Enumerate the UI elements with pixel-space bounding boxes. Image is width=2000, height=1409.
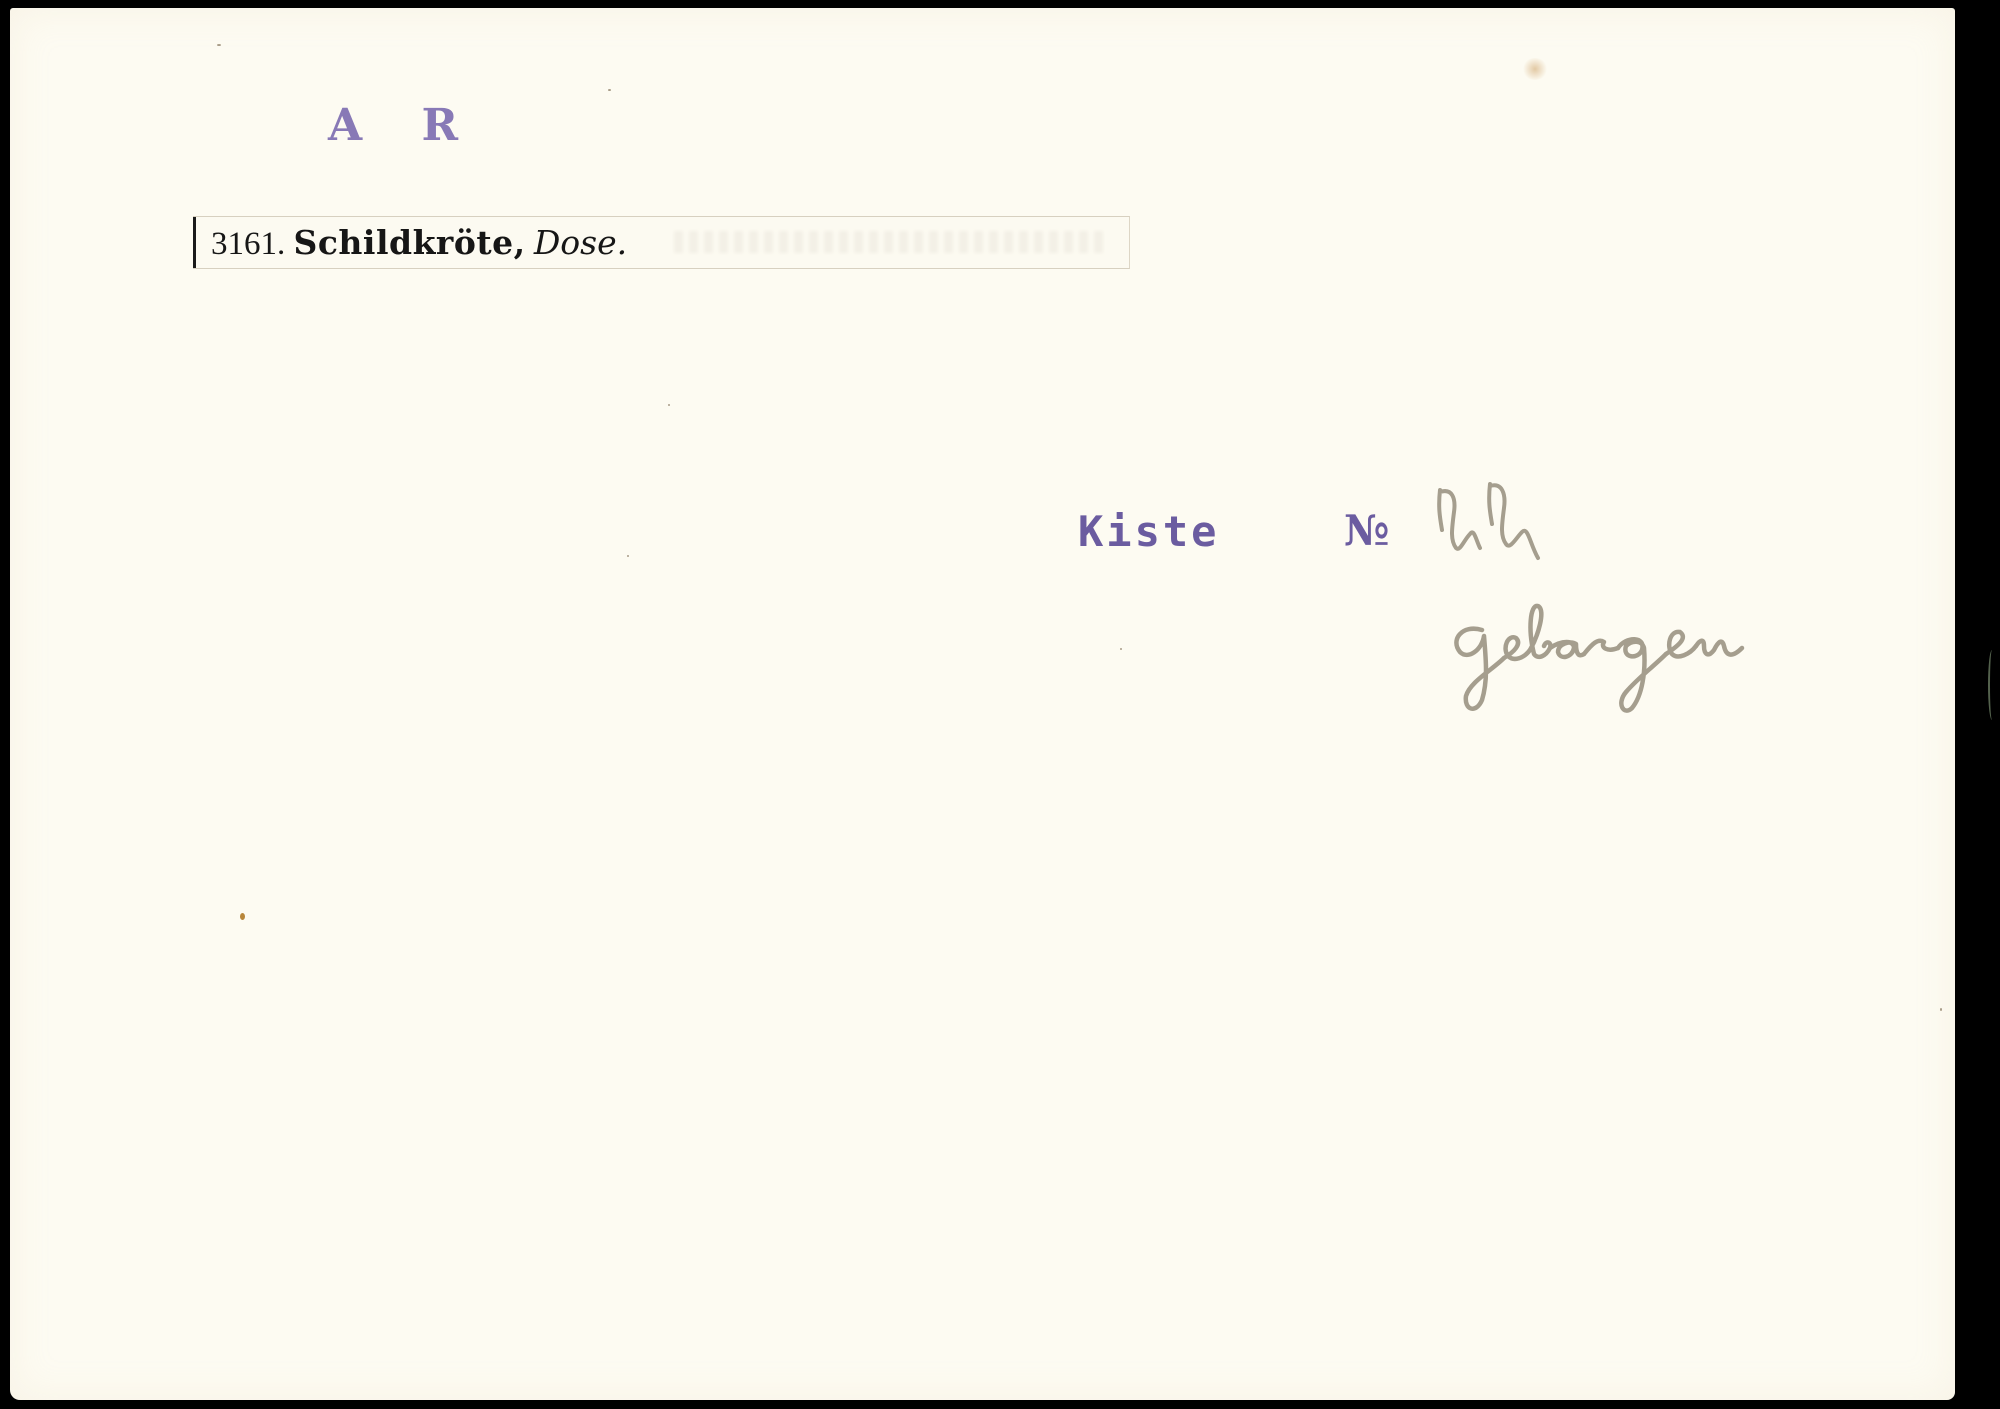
paper-speck: [608, 89, 611, 91]
catalog-number: 3161.: [211, 226, 285, 262]
handwriting-44-glyph: [1430, 478, 1550, 568]
handwriting-geborgen-glyph: [1442, 600, 1862, 720]
paper-speck: [668, 404, 670, 406]
numero-sign-stamp: №: [1344, 510, 1390, 552]
printed-label-strip: 3161. Schildkröte, Dose.: [193, 216, 1130, 269]
box-label-stamp: Kiste: [1078, 511, 1219, 553]
scanner-edge-reflection: [1988, 650, 1996, 720]
paper-speck: [627, 555, 629, 557]
label-text: 3161. Schildkröte, Dose.: [211, 224, 627, 264]
paper-speck: [217, 44, 221, 46]
paper-stain: [1522, 58, 1548, 80]
stamp-initials: A R: [328, 104, 480, 148]
scanned-card-image: A R 3161. Schildkröte, Dose. Kiste № 44 …: [0, 0, 2000, 1409]
handwritten-box-number: 44: [1430, 478, 1550, 568]
handwritten-note: geborgen: [1442, 600, 1862, 720]
paper-speck: [240, 913, 245, 920]
object-description: Dose.: [534, 223, 627, 262]
object-title: Schildkröte,: [294, 223, 526, 262]
catalog-card: A R 3161. Schildkröte, Dose. Kiste № 44 …: [10, 8, 1955, 1400]
paper-speck: [1940, 1008, 1942, 1011]
bleed-through-texture: [673, 231, 1103, 253]
paper-speck: [1120, 648, 1122, 650]
label-left-rule: [193, 217, 196, 268]
